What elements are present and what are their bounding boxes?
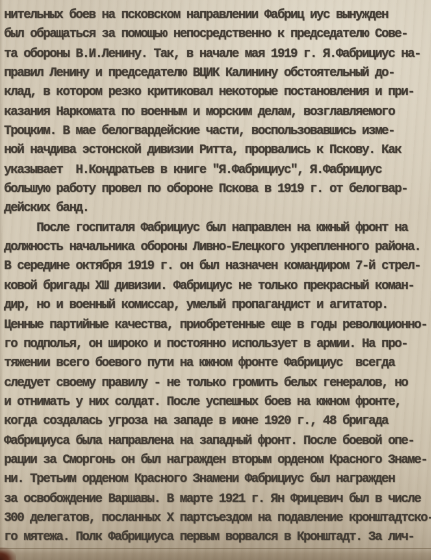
- page-corner-stain: [0, 547, 16, 560]
- text-line: рации за Сморгонь он был награжден вторы…: [4, 451, 431, 470]
- text-line: та обороны В.И.Ленину. Так, в начале мая…: [4, 45, 431, 64]
- text-line: 300 делегатов, посланных Х партсъездом н…: [4, 509, 431, 528]
- text-line: ни. Третьим орденом Красного Знамени Фаб…: [4, 470, 431, 489]
- document-text: нительных боев на псковском направлении …: [4, 6, 431, 548]
- text-line: го подполья, он широко и постоянно испол…: [4, 335, 431, 354]
- text-line: тяжении всего боевого пути на южном фрон…: [4, 354, 431, 373]
- text-line: за освобождение Варшавы. В марте 1921 г.…: [4, 490, 431, 509]
- text-line: ковой бригады ХШ дивизии. Фабрициус не т…: [4, 277, 431, 296]
- text-line: го мятежа. Полк Фабрициуса первым ворвал…: [4, 528, 431, 547]
- page-bottom-edge-shadow: [0, 548, 431, 560]
- text-line: правил Ленину и председателю ВЦИК Калини…: [4, 64, 431, 83]
- text-line: и отнимать у них солдат. После успешных …: [4, 393, 431, 412]
- text-line: После госпиталя Фабрициус был направлен …: [4, 219, 431, 238]
- text-line: большую работу провел по обороне Пскова …: [4, 180, 431, 199]
- text-line: ной начдива эстонской дивизии Ритта, про…: [4, 141, 431, 160]
- text-line: следует своему правилу - не только громи…: [4, 374, 431, 393]
- text-line: дейских банд.: [4, 199, 431, 218]
- text-line: Ценные партийные качества, приобретенные…: [4, 316, 431, 335]
- text-line: нительных боев на псковском направлении …: [4, 6, 431, 25]
- text-line: указывает Н.Кондратьев в книге "Я.Фабриц…: [4, 161, 431, 180]
- text-line: дир, но и военный комиссар, умелый пропа…: [4, 296, 431, 315]
- text-line: должность начальника обороны Ливно-Елецк…: [4, 238, 431, 257]
- text-line: клад, в котором резко критиковал некотор…: [4, 83, 431, 102]
- scanned-page: нительных боев на псковском направлении …: [0, 0, 431, 560]
- text-line: Троцким. В мае белогвардейские части, во…: [4, 122, 431, 141]
- text-line: казания Наркомата по военным и морским д…: [4, 103, 431, 122]
- text-line: когда создалась угроза на западе в июне …: [4, 412, 431, 431]
- text-line: был обращаться за помощью непосредственн…: [4, 25, 431, 44]
- text-line: Фабрициуса была направлена на западный ф…: [4, 432, 431, 451]
- text-line: В середине октября 1919 г. он был назнач…: [4, 257, 431, 276]
- page-left-edge-shadow: [0, 0, 3, 560]
